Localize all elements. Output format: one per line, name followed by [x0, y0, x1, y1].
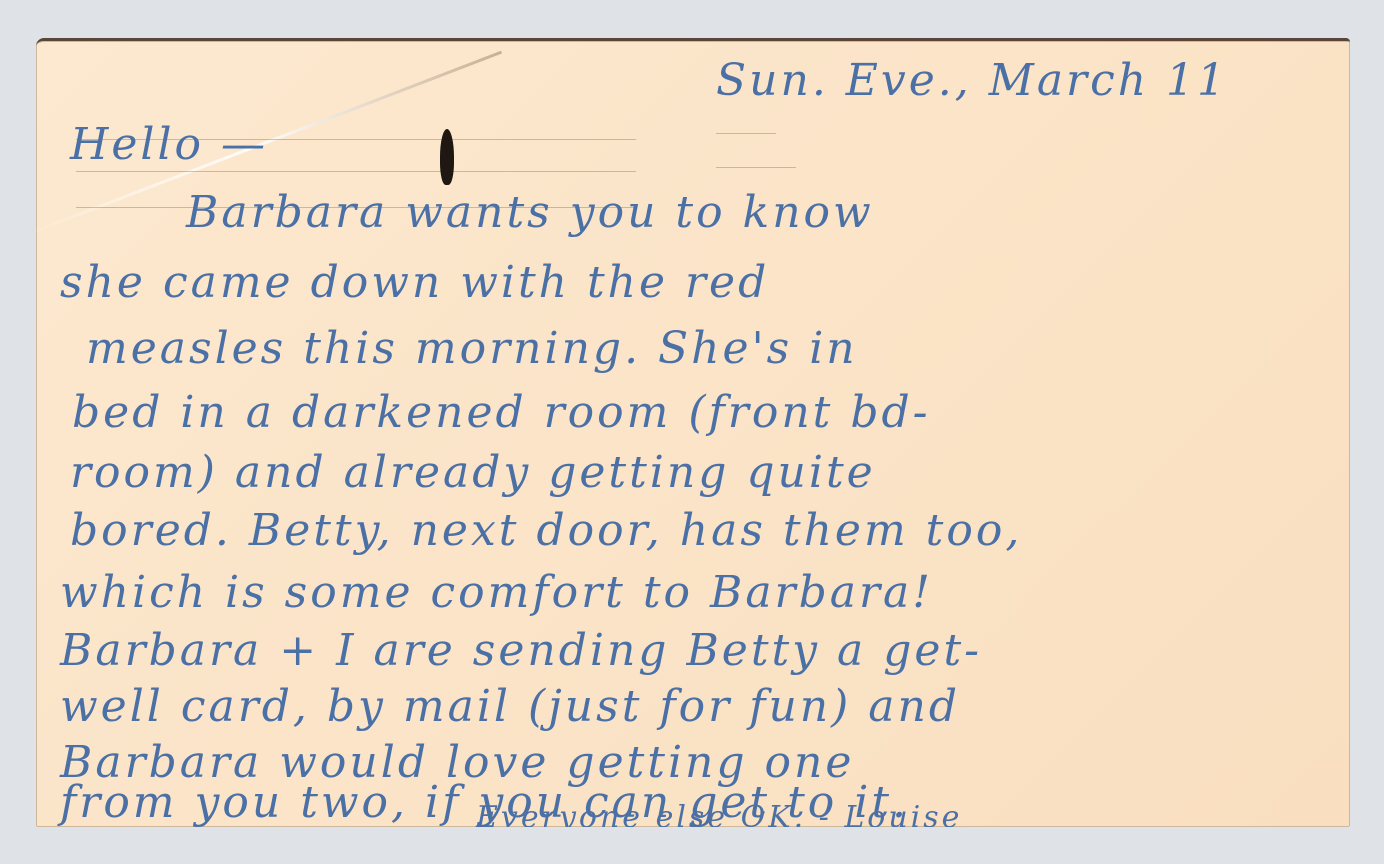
- body-line: room) and already getting quite: [70, 451, 876, 495]
- postmark-line: [716, 167, 796, 168]
- postmark-line: [716, 133, 776, 134]
- body-line: measles this morning. She's in: [86, 327, 858, 371]
- body-line: bored. Betty, next door, has them too,: [70, 509, 1022, 553]
- greeting: Hello —: [70, 123, 268, 167]
- date-line: Sun. Eve., March 11: [716, 59, 1228, 103]
- closing-signature: Everyone else OK. - Louise: [476, 803, 962, 827]
- body-line: Barbara + I are sending Betty a get-: [60, 629, 982, 673]
- body-line: she came down with the red: [60, 261, 769, 305]
- body-line: well card, by mail (just for fun) and: [60, 685, 960, 729]
- body-line: bed in a darkened room (front bd-: [72, 391, 931, 435]
- ink-blot: [440, 129, 454, 185]
- postcard: Sun. Eve., March 11 Hello — Barbara want…: [36, 38, 1350, 827]
- body-line: Barbara wants you to know: [186, 191, 874, 235]
- postmark-line: [76, 171, 636, 172]
- body-line: which is some comfort to Barbara!: [60, 571, 933, 615]
